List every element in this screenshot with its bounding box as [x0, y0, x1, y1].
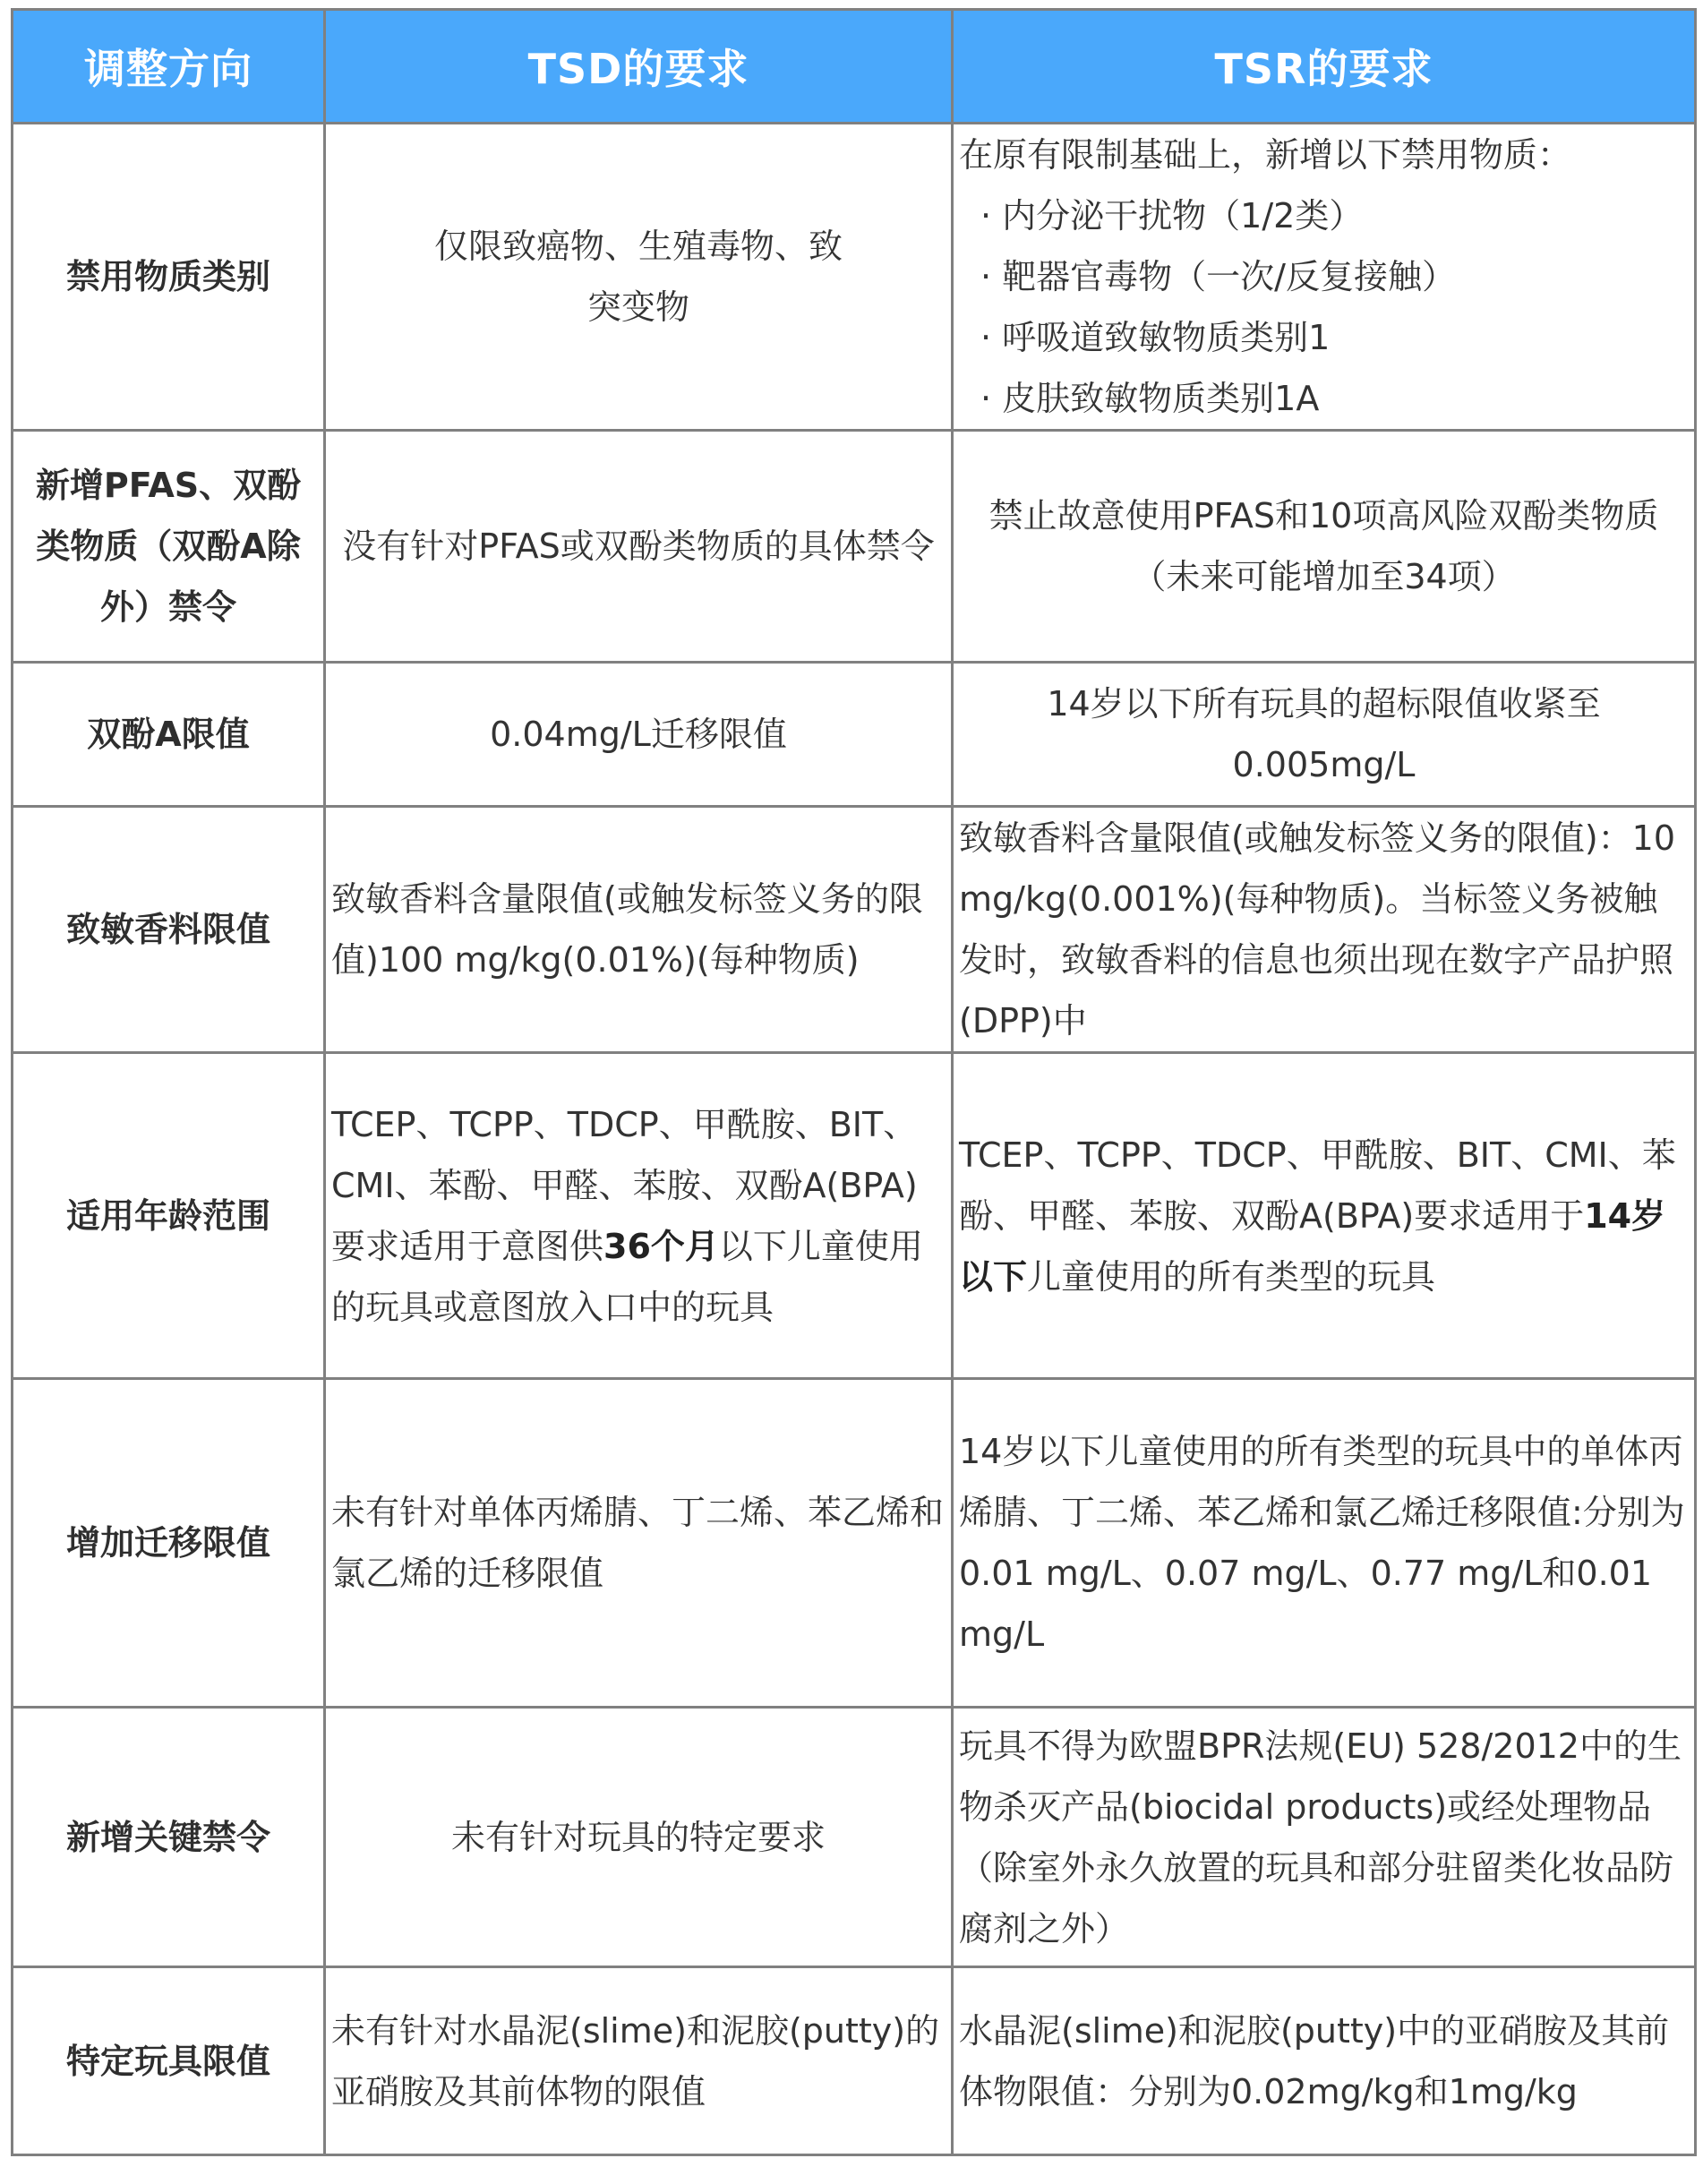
header-adjustment-direction: 调整方向: [13, 10, 325, 124]
header-tsr-requirements: TSR的要求: [953, 10, 1696, 124]
table-row: 增加迁移限值 未有针对单体丙烯腈、丁二烯、苯乙烯和氯乙烯的迁移限值 14岁以下儿…: [13, 1379, 1696, 1708]
row-label: 新增PFAS、双酚类物质（双酚A除外）禁令: [13, 431, 325, 663]
row-label: 致敏香料限值: [13, 807, 325, 1053]
tsr-cell: 14岁以下所有玩具的超标限值收紧至0.005mg/L: [953, 663, 1696, 807]
table-row: 新增PFAS、双酚类物质（双酚A除外）禁令 没有针对PFAS或双酚类物质的具体禁…: [13, 431, 1696, 663]
tsr-cell: 玩具不得为欧盟BPR法规(EU) 528/2012中的生物杀灭产品(biocid…: [953, 1708, 1696, 1967]
tsd-cell: 仅限致癌物、生殖毒物、致突变物: [325, 124, 953, 431]
tsr-cell: 水晶泥(slime)和泥胶(putty)中的亚硝胺及其前体物限值：分别为0.02…: [953, 1967, 1696, 2155]
tsd-text: 仅限致癌物、生殖毒物、致突变物: [428, 216, 849, 338]
row-label: 禁用物质类别: [13, 124, 325, 431]
tsd-cell: 未有针对玩具的特定要求: [325, 1708, 953, 1967]
row-label: 新增关键禁令: [13, 1708, 325, 1967]
tsr-bullet-item: · 皮肤致敏物质类别1A: [959, 368, 1689, 429]
tsr-text-post: 儿童使用的所有类型的玩具: [1027, 1257, 1435, 1297]
tsr-bullet-item: · 内分泌干扰物（1/2类）: [959, 185, 1689, 246]
header-row: 调整方向 TSD的要求 TSR的要求: [13, 10, 1696, 124]
row-label: 增加迁移限值: [13, 1379, 325, 1708]
tsr-cell: 14岁以下儿童使用的所有类型的玩具中的单体丙烯腈、丁二烯、苯乙烯和氯乙烯迁移限值…: [953, 1379, 1696, 1708]
table-row: 新增关键禁令 未有针对玩具的特定要求 玩具不得为欧盟BPR法规(EU) 528/…: [13, 1708, 1696, 1967]
row-label: 特定玩具限值: [13, 1967, 325, 2155]
tsd-cell: 未有针对水晶泥(slime)和泥胶(putty)的亚硝胺及其前体物的限值: [325, 1967, 953, 2155]
tsd-cell: 0.04mg/L迁移限值: [325, 663, 953, 807]
table-row: 双酚A限值 0.04mg/L迁移限值 14岁以下所有玩具的超标限值收紧至0.00…: [13, 663, 1696, 807]
row-label: 适用年龄范围: [13, 1053, 325, 1379]
tsd-cell: 没有针对PFAS或双酚类物质的具体禁令: [325, 431, 953, 663]
tsr-cell: 致敏香料含量限值(或触发标签义务的限值)：10 mg/kg(0.001%)(每种…: [953, 807, 1696, 1053]
tsd-cell: 未有针对单体丙烯腈、丁二烯、苯乙烯和氯乙烯的迁移限值: [325, 1379, 953, 1708]
tsd-cell: 致敏香料含量限值(或触发标签义务的限值)100 mg/kg(0.01%)(每种物…: [325, 807, 953, 1053]
row-label: 双酚A限值: [13, 663, 325, 807]
tsr-text-pre: TCEP、TCPP、TDCP、甲酰胺、BIT、CMI、苯酚、甲醛、苯胺、双酚A(…: [959, 1135, 1676, 1236]
tsr-cell: 禁止故意使用PFAS和10项高风险双酚类物质（未来可能增加至34项）: [953, 431, 1696, 663]
comparison-table: 调整方向 TSD的要求 TSR的要求 禁用物质类别 仅限致癌物、生殖毒物、致突变…: [11, 8, 1697, 2156]
tsr-cell: 在原有限制基础上，新增以下禁用物质： · 内分泌干扰物（1/2类） · 靶器官毒…: [953, 124, 1696, 431]
tsr-intro: 在原有限制基础上，新增以下禁用物质：: [959, 124, 1689, 185]
table-row: 致敏香料限值 致敏香料含量限值(或触发标签义务的限值)100 mg/kg(0.0…: [13, 807, 1696, 1053]
tsd-age-highlight: 36个月: [603, 1227, 719, 1266]
table-row: 适用年龄范围 TCEP、TCPP、TDCP、甲酰胺、BIT、CMI、苯酚、甲醛、…: [13, 1053, 1696, 1379]
tsd-cell: TCEP、TCPP、TDCP、甲酰胺、BIT、CMI、苯酚、甲醛、苯胺、双酚A(…: [325, 1053, 953, 1379]
tsr-text: 14岁以下所有玩具的超标限值收紧至0.005mg/L: [1002, 673, 1647, 795]
table-row: 禁用物质类别 仅限致癌物、生殖毒物、致突变物 在原有限制基础上，新增以下禁用物质…: [13, 124, 1696, 431]
tsr-bullet-item: · 呼吸道致敏物质类别1: [959, 307, 1689, 368]
tsr-cell: TCEP、TCPP、TDCP、甲酰胺、BIT、CMI、苯酚、甲醛、苯胺、双酚A(…: [953, 1053, 1696, 1379]
table-row: 特定玩具限值 未有针对水晶泥(slime)和泥胶(putty)的亚硝胺及其前体物…: [13, 1967, 1696, 2155]
header-tsd-requirements: TSD的要求: [325, 10, 953, 124]
tsr-bullet-item: · 靶器官毒物（一次/反复接触）: [959, 246, 1689, 307]
